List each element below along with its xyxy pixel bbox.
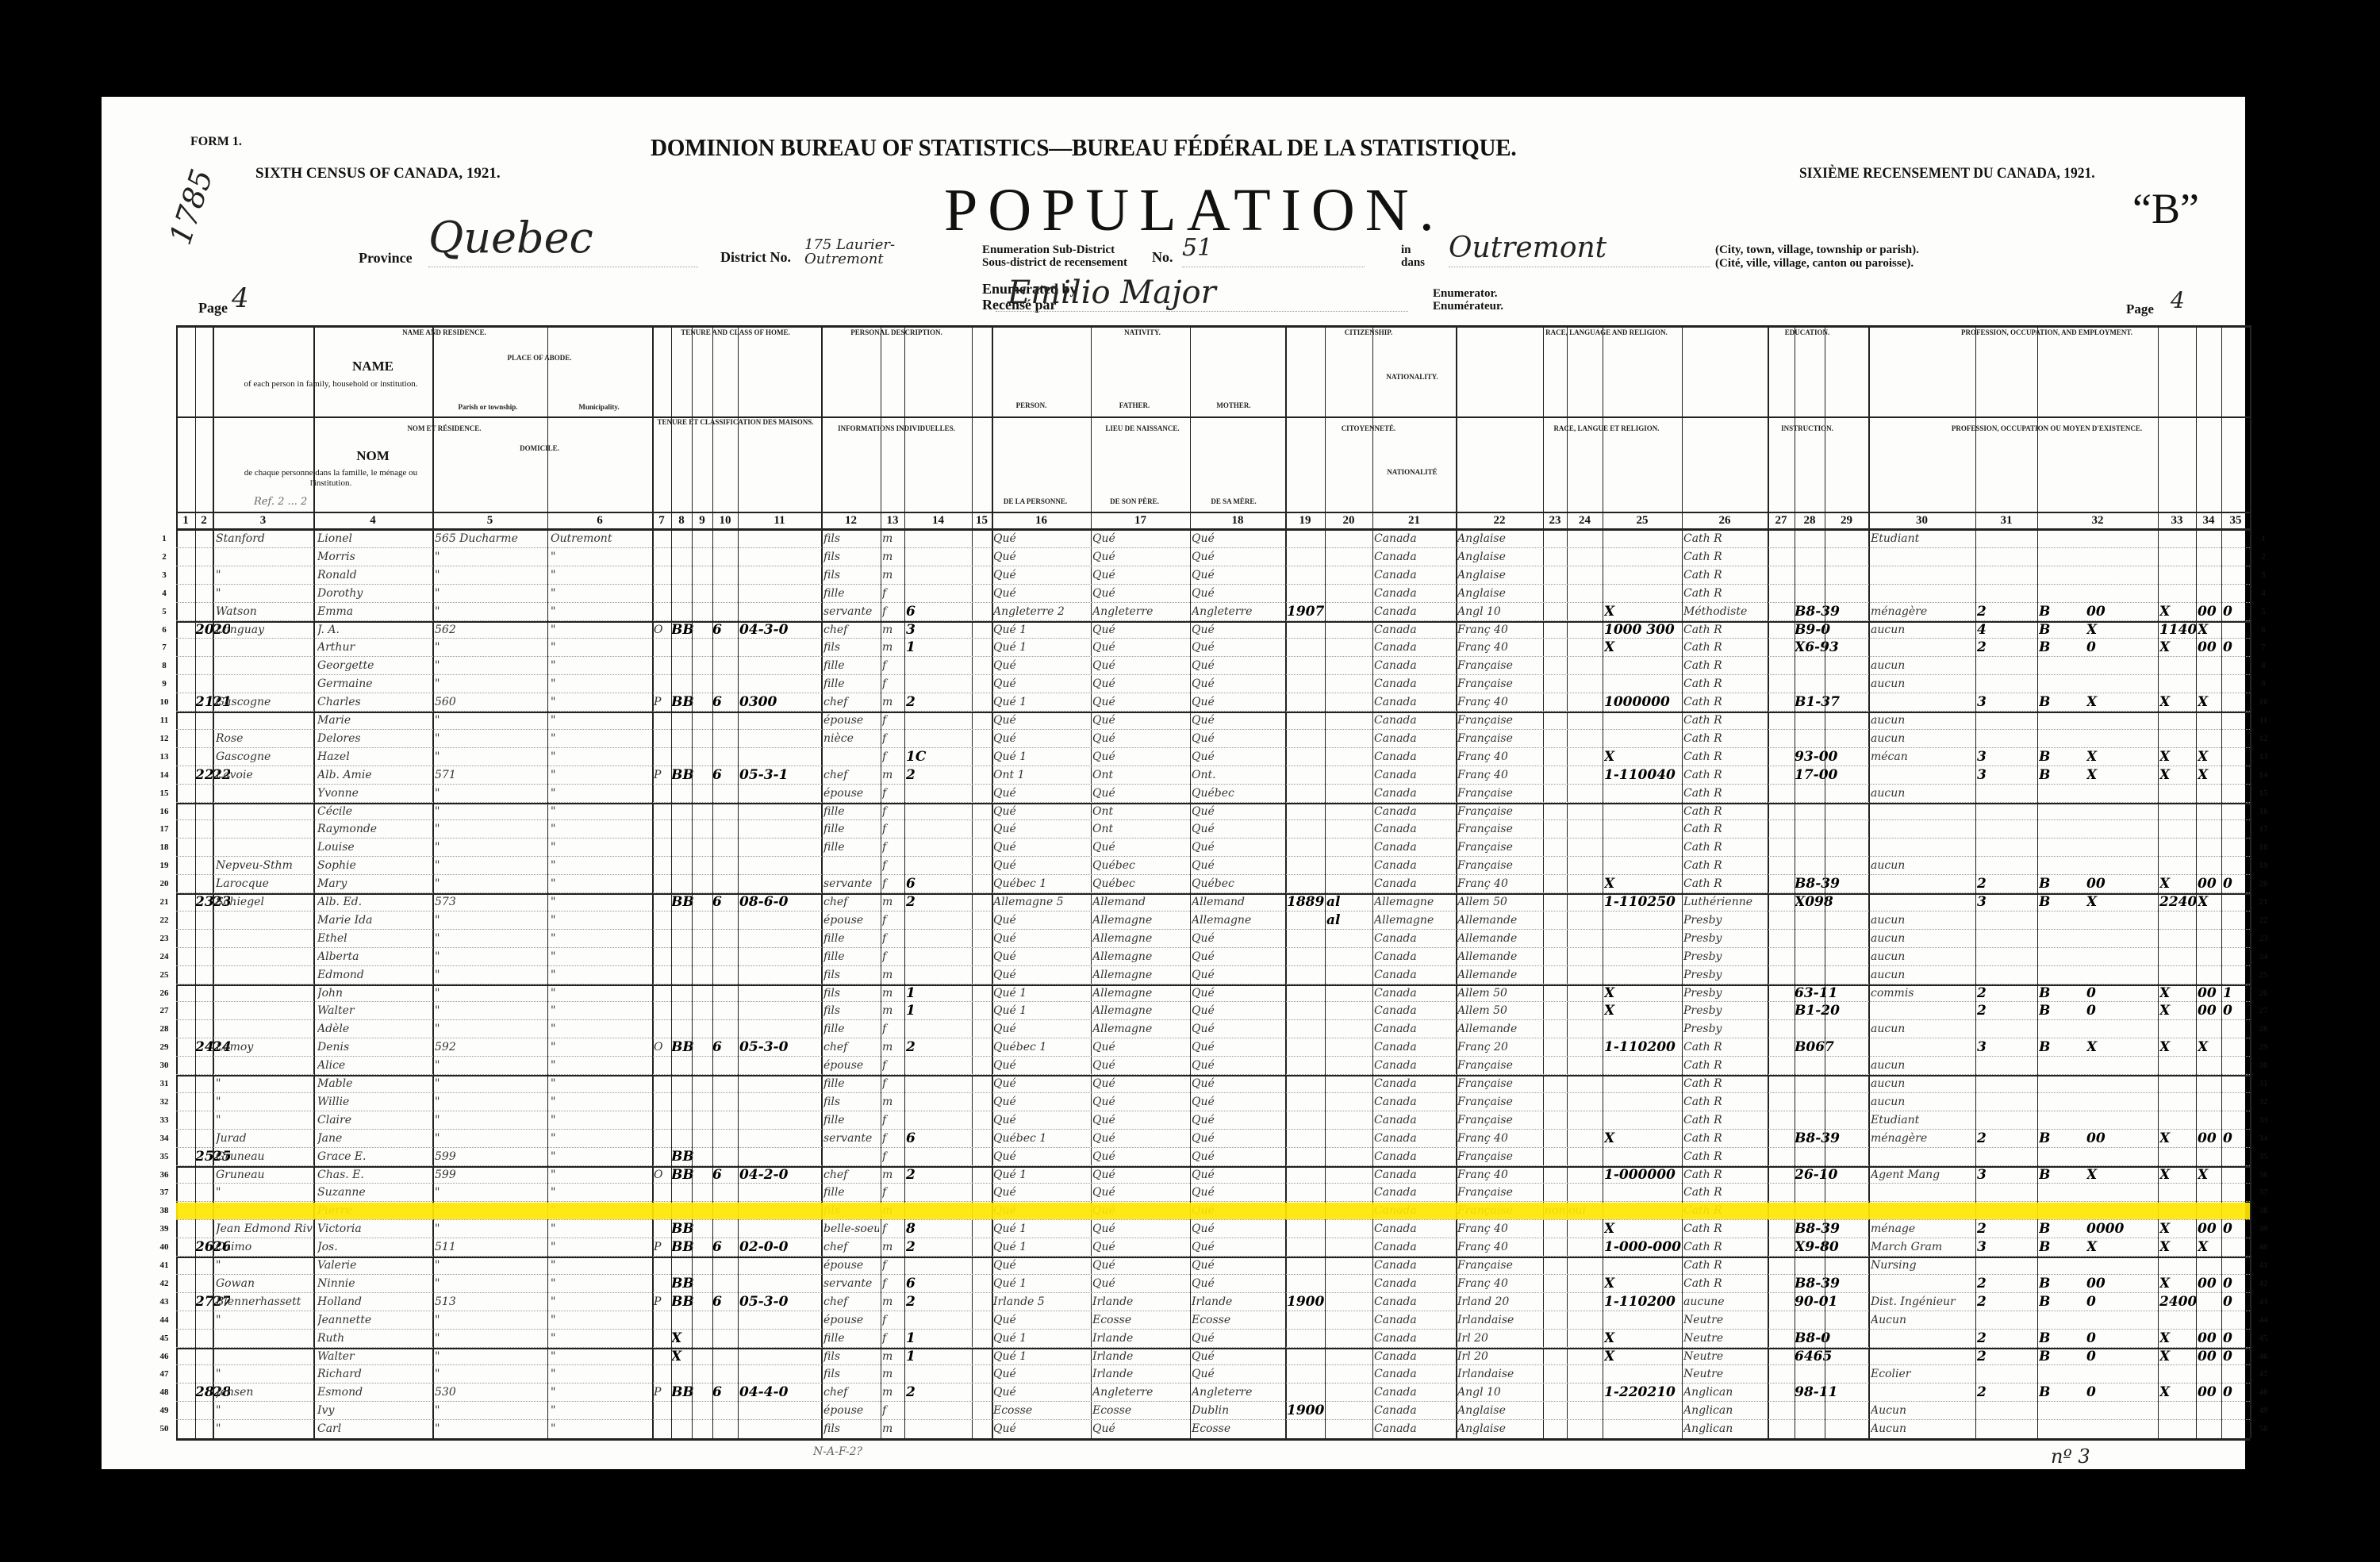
cell-surname: Schiegel <box>216 896 313 908</box>
row-number-right: 16 <box>2255 807 2272 816</box>
row-number-right: 5 <box>2255 607 2272 616</box>
column-number: 28 <box>1795 514 1825 528</box>
cell-where: B <box>2039 622 2086 638</box>
cell-birth: Qué <box>993 1186 1088 1199</box>
cell-dwelling: 25 <box>195 1149 213 1165</box>
cell-emp: 2 <box>1977 1330 2036 1346</box>
cell-origin: Irl 20 <box>1457 1332 1541 1345</box>
column-rule <box>2037 325 2038 1438</box>
column-rule <box>738 325 739 1438</box>
cell-birth: Qué 1 <box>993 987 1088 1000</box>
cell-given: Carl <box>317 1422 428 1435</box>
cell-occupation: aucun <box>1871 787 1974 800</box>
row-number-left: 8 <box>155 661 173 670</box>
cell-c33: X <box>2159 1221 2196 1237</box>
header-name-residence: NAME AND RESIDENCE. <box>313 328 575 336</box>
header-profession: PROFESSION, OCCUPATION, AND EMPLOYMENT. <box>1872 328 2221 336</box>
cell-street: " <box>435 823 546 835</box>
header-mother: MOTHER. <box>1194 401 1273 409</box>
row-guide <box>176 674 2250 675</box>
cell-age: 1 <box>906 639 969 655</box>
row-guide <box>176 729 2250 730</box>
cell-surname: Watson <box>216 605 313 618</box>
in-dans-label: indans <box>1401 244 1425 269</box>
row-number-right: 20 <box>2255 879 2272 888</box>
cell-nationality: Canada <box>1374 787 1453 800</box>
cell-nationality: Canada <box>1374 841 1453 854</box>
cell-dwelling: 21 <box>195 694 213 710</box>
cell-rooms: 6 <box>712 767 738 783</box>
cell-father: Qué <box>1092 624 1188 636</box>
cell-c34: X <box>2198 694 2221 710</box>
cell-origin: Française <box>1457 787 1541 800</box>
cell-rel: chef <box>823 696 879 708</box>
cell-age: 3 <box>906 622 969 638</box>
cell-surname: " <box>216 1314 313 1326</box>
row-number-right: 37 <box>2255 1188 2272 1197</box>
cell-rent: 08-6-0 <box>739 894 819 910</box>
cell-c32: X <box>2086 1039 2158 1055</box>
header-nom-sub: de chaque personne dans la famille, le m… <box>232 468 430 489</box>
cell-literacy: 1-110200 <box>1604 1039 1682 1055</box>
cell-c35: 0 <box>2223 1349 2248 1364</box>
row-guide <box>176 602 2250 603</box>
cell-sex: m <box>882 624 903 636</box>
cell-given: Jane <box>317 1132 428 1145</box>
row-number-left: 14 <box>155 770 173 780</box>
cell-birth: Irlande 5 <box>993 1295 1088 1308</box>
cell-origin: Franç 40 <box>1457 1222 1541 1235</box>
cell-birth: Qué <box>993 1314 1088 1326</box>
cell-c33: 11400 <box>2159 622 2196 638</box>
cell-c33: X <box>2159 694 2196 710</box>
cell-surname: Lavoie <box>216 769 313 781</box>
cell-nationality: Canada <box>1374 624 1453 636</box>
column-number: 1 <box>176 514 195 528</box>
row-number-left: 5 <box>155 607 173 616</box>
cell-origin: Anglaise <box>1457 532 1541 545</box>
cell-religion: Cath R <box>1683 859 1766 872</box>
row-number-left: 15 <box>155 789 173 798</box>
cell-literacy: X <box>1604 1330 1682 1346</box>
cell-father: Québec <box>1092 877 1188 890</box>
cell-rent: 0300 <box>739 694 819 710</box>
cell-emp: 2 <box>1977 1349 2036 1364</box>
cell-literacy: X <box>1604 985 1682 1001</box>
cell-sex: f <box>882 914 903 927</box>
cell-given: Lionel <box>317 532 428 545</box>
cell-mother: Qué <box>1192 1041 1283 1053</box>
header-nationality: NATIONALITY. <box>1372 373 1452 381</box>
cell-nationality: Canada <box>1374 659 1453 672</box>
row-number-right: 9 <box>2255 679 2272 689</box>
column-rule <box>1543 325 1544 1438</box>
row-guide <box>176 911 2250 911</box>
column-rule <box>1091 325 1092 1438</box>
cell-nationality: Canada <box>1374 1350 1453 1363</box>
column-rule <box>692 325 693 1438</box>
cell-father: Qué <box>1092 1059 1188 1072</box>
cell-nationality: Canada <box>1374 569 1453 581</box>
cell-where: B <box>2039 767 2086 783</box>
cell-mother: Qué <box>1192 1059 1283 1072</box>
cell-origin: Franç 40 <box>1457 696 1541 708</box>
row-number-right: 13 <box>2255 752 2272 762</box>
row-guide <box>176 766 2250 766</box>
cell-origin: Anglaise <box>1457 1422 1541 1435</box>
cell-nationality: Canada <box>1374 1114 1453 1126</box>
cell-street: " <box>435 877 546 890</box>
cell-age: 1C <box>906 749 969 765</box>
cell-surname: Jurad <box>216 1132 313 1145</box>
cell-religion: Cath R <box>1683 1169 1766 1181</box>
cell-c32: 0 <box>2086 1384 2158 1400</box>
cell-emp: 3 <box>1977 749 2036 765</box>
cell-father: Angleterre <box>1092 1386 1188 1399</box>
cell-father: Qué <box>1092 569 1188 581</box>
cell-immig: 1900 <box>1287 1294 1325 1310</box>
cell-c33: X <box>2159 1349 2196 1364</box>
header-domicile: DOMICILE. <box>432 444 647 452</box>
column-rule <box>1795 325 1795 1438</box>
cell-mother: Qué <box>1192 1132 1283 1145</box>
cell-rooms: 6 <box>712 1239 738 1255</box>
cell-given: Richard <box>317 1368 428 1380</box>
row-guide <box>176 584 2250 585</box>
cell-nationality: Canada <box>1374 1150 1453 1163</box>
cell-given: Walter <box>317 1004 428 1017</box>
row-number-right: 45 <box>2255 1334 2272 1343</box>
column-number: 25 <box>1603 514 1682 528</box>
cell-given: Marie <box>317 714 428 727</box>
cell-c32: X <box>2086 622 2158 638</box>
bureau-title: DOMINION BUREAU OF STATISTICS—BUREAU FÉD… <box>651 133 1516 162</box>
column-rule <box>213 325 214 1438</box>
cell-birth: Qué <box>993 569 1088 581</box>
row-group-rule <box>176 984 2250 986</box>
cell-natyear: al <box>1326 894 1371 910</box>
row-guide <box>176 929 2250 930</box>
column-number: 6 <box>547 514 652 528</box>
row-guide <box>176 1147 2250 1148</box>
cell-father: Ont <box>1092 823 1188 835</box>
cell-occupation: aucun <box>1871 1077 1974 1090</box>
cell-surname: " <box>216 569 313 581</box>
cell-father: Qué <box>1092 1132 1188 1145</box>
header-name: NAME <box>313 359 432 374</box>
cell-birth: Allemagne 5 <box>993 896 1088 908</box>
row-guide <box>176 711 2250 712</box>
row-number-right: 30 <box>2255 1061 2272 1070</box>
cell-birth: Qué <box>993 805 1088 818</box>
cell-emp: 2 <box>1977 1003 2036 1019</box>
column-number: 17 <box>1091 514 1190 528</box>
cell-where: B <box>2039 1330 2086 1346</box>
row-guide <box>176 693 2250 693</box>
row-number-left: 7 <box>155 643 173 652</box>
cell-birth: Qué 1 <box>993 624 1088 636</box>
cell-origin: Française <box>1457 714 1541 727</box>
row-number-left: 40 <box>155 1242 173 1252</box>
row-guide <box>176 566 2250 566</box>
cell-rel: chef <box>823 1041 879 1053</box>
cell-c34: 00 <box>2198 1003 2221 1019</box>
row-number-right: 41 <box>2255 1261 2272 1270</box>
cell-street: " <box>435 1350 546 1363</box>
cell-rooms: 6 <box>712 894 738 910</box>
cell-sex: m <box>882 1096 903 1108</box>
cell-surname: Gruneau <box>216 1150 313 1163</box>
cell-rooms: 6 <box>712 1384 738 1400</box>
cell-literacy: 1-000000 <box>1604 1167 1682 1183</box>
row-guide <box>176 1111 2250 1111</box>
cell-father: Qué <box>1092 551 1188 563</box>
cell-origin: Franç 40 <box>1457 1277 1541 1290</box>
cell-emp: 3 <box>1977 1167 2036 1183</box>
cell-where: B <box>2039 1349 2086 1364</box>
row-guide <box>176 1329 2250 1330</box>
cell-c33: X <box>2159 604 2196 620</box>
cell-rel: fille <box>823 1114 879 1126</box>
cell-origin: Française <box>1457 1077 1541 1090</box>
census-title-en: SIXTH CENSUS OF CANADA, 1921. <box>255 165 501 182</box>
column-number: 16 <box>992 514 1091 528</box>
cell-c34: 00 <box>2198 1349 2221 1364</box>
cell-given: Germaine <box>317 677 428 690</box>
cell-sex: f <box>882 787 903 800</box>
cell-surname: " <box>216 1404 313 1417</box>
cell-mother: Qué <box>1192 1222 1283 1235</box>
cell-street: " <box>435 859 546 872</box>
cell-father: Qué <box>1092 1186 1188 1199</box>
cell-father: Qué <box>1092 532 1188 545</box>
cell-municipality: " <box>551 1422 651 1435</box>
cell-literacy: 1-220210 <box>1604 1384 1682 1400</box>
column-number: 3 <box>213 514 313 528</box>
cell-sex: f <box>882 1277 903 1290</box>
row-guide <box>176 1347 2250 1348</box>
cell-origin: Allemande <box>1457 969 1541 981</box>
cell-occupation: March Gram <box>1871 1241 1974 1253</box>
cell-surname: " <box>216 1096 313 1108</box>
cell-where: B <box>2039 639 2086 655</box>
row-number-right: 21 <box>2255 897 2272 907</box>
row-number-right: 10 <box>2255 697 2272 707</box>
cell-origin: Franç 40 <box>1457 624 1541 636</box>
cell-occupation: Etudiant <box>1871 532 1974 545</box>
cell-nationality: Canada <box>1374 605 1453 618</box>
cell-own: P <box>654 1295 671 1308</box>
header-tenure-fr: TENURE ET CLASSIFICATION DES MAISONS. <box>652 418 819 426</box>
cell-c35: 0 <box>2223 604 2248 620</box>
header-place-of-abode: PLACE OF ABODE. <box>432 354 647 362</box>
cell-municipality: " <box>551 1222 651 1235</box>
cell-age: 8 <box>906 1221 969 1237</box>
cell-rel: fille <box>823 841 879 854</box>
row-guide <box>176 1274 2250 1275</box>
cell-street: " <box>435 569 546 581</box>
cell-sex: f <box>882 1114 903 1126</box>
row-number-right: 18 <box>2255 842 2272 852</box>
cell-street: " <box>435 677 546 690</box>
row-number-right: 4 <box>2255 589 2272 598</box>
header-father: FATHER. <box>1095 401 1174 409</box>
cell-age: 6 <box>906 876 969 892</box>
cell-birth: Qué <box>993 859 1088 872</box>
cell-nationality: Canada <box>1374 732 1453 745</box>
cell-street: " <box>435 914 546 927</box>
cell-c32: 0 <box>2086 1349 2158 1364</box>
cell-mother: Qué <box>1192 569 1283 581</box>
cell-municipality: " <box>551 1368 651 1380</box>
cell-street: " <box>435 1277 546 1290</box>
row-guide <box>176 547 2250 548</box>
cell-own: P <box>654 1386 671 1399</box>
cell-nationality: Canada <box>1374 987 1453 1000</box>
cell-rel: fils <box>823 1350 879 1363</box>
cell-mother: Allemagne <box>1192 914 1283 927</box>
cell-birth: Qué <box>993 1023 1088 1035</box>
cell-sex: m <box>882 1041 903 1053</box>
cell-rel: fils <box>823 569 879 581</box>
cell-occupation: ménagère <box>1871 605 1974 618</box>
cell-c34: 00 <box>2198 604 2221 620</box>
cell-surname: " <box>216 1368 313 1380</box>
cell-literacy: X <box>1604 1221 1682 1237</box>
cell-dwelling: 27 <box>195 1294 213 1310</box>
cell-dwelling: 22 <box>195 767 213 783</box>
cell-rel: épouse <box>823 787 879 800</box>
cell-municipality: " <box>551 914 651 927</box>
cell-rooms: 6 <box>712 1167 738 1183</box>
cell-father: Allemagne <box>1092 987 1188 1000</box>
row-guide <box>176 1056 2250 1057</box>
column-rule <box>2196 325 2197 1438</box>
cell-rel: épouse <box>823 914 879 927</box>
cell-religion: Cath R <box>1683 1241 1766 1253</box>
cell-nationality: Canada <box>1374 1314 1453 1326</box>
column-rule <box>1285 325 1287 1438</box>
header-informations: INFORMATIONS INDIVIDUELLES. <box>821 424 972 432</box>
cell-father: Qué <box>1092 677 1188 690</box>
header-nom: NOM <box>313 448 432 464</box>
cell-rel: belle-soeur <box>823 1222 879 1235</box>
header-tenure: TENURE AND CLASS OF HOME. <box>652 328 819 336</box>
cell-origin: Française <box>1457 1259 1541 1272</box>
cell-sex: m <box>882 1422 903 1435</box>
cell-religion: Cath R <box>1683 1114 1766 1126</box>
cell-emp: 2 <box>1977 604 2036 620</box>
cell-sex: f <box>882 659 903 672</box>
row-guide <box>176 1092 2250 1093</box>
cell-religion: Cath R <box>1683 696 1766 708</box>
cell-mother: Québec <box>1192 877 1283 890</box>
cell-earn: 90-01 <box>1795 1294 1868 1310</box>
cell-occupation: mécan <box>1871 750 1974 763</box>
header-citoyennete: CITOYENNETÉ. <box>1285 424 1452 432</box>
cell-surname: Stanford <box>216 532 313 545</box>
cell-father: Qué <box>1092 641 1188 654</box>
subdistrict-label: Enumeration Sub-DistrictSous-district de… <box>982 244 1127 269</box>
cell-earn: X9-80 <box>1795 1239 1868 1255</box>
row-number-left: 43 <box>155 1297 173 1307</box>
cell-nationality: Canada <box>1374 1004 1453 1017</box>
row-number-left: 25 <box>155 970 173 980</box>
cell-father: Irlande <box>1092 1368 1188 1380</box>
row-guide <box>176 620 2250 621</box>
cell-origin: Française <box>1457 1096 1541 1108</box>
cell-mother: Qué <box>1192 1350 1283 1363</box>
cell-dwelling: 24 <box>195 1039 213 1055</box>
cell-rel: servante <box>823 605 879 618</box>
cell-given: John <box>317 987 428 1000</box>
cell-rel: fils <box>823 1422 879 1435</box>
cell-immig: 1900 <box>1287 1403 1325 1418</box>
cell-earn: B8-39 <box>1795 1221 1868 1237</box>
cell-municipality: " <box>551 969 651 981</box>
cell-emp: 4 <box>1977 622 2036 638</box>
cell-given: Yvonne <box>317 787 428 800</box>
cell-municipality: " <box>551 641 651 654</box>
row-number-left: 3 <box>155 570 173 580</box>
cell-rent: 04-4-0 <box>739 1384 819 1400</box>
cell-age: 2 <box>906 1167 969 1183</box>
cell-origin: Française <box>1457 732 1541 745</box>
cell-c32: X <box>2086 749 2158 765</box>
cell-origin: Franç 40 <box>1457 1241 1541 1253</box>
cell-c35: 0 <box>2223 876 2248 892</box>
cell-mother: Qué <box>1192 659 1283 672</box>
cell-given: Alb. Amie <box>317 769 428 781</box>
cell-rent: 05-3-0 <box>739 1039 819 1055</box>
cell-municipality: " <box>551 714 651 727</box>
column-rule <box>1325 325 1326 1438</box>
cell-nationality: Canada <box>1374 969 1453 981</box>
row-guide <box>176 838 2250 839</box>
row-number-right: 48 <box>2255 1387 2272 1397</box>
cell-c33: X <box>2159 749 2196 765</box>
row-group-rule <box>176 1166 2250 1168</box>
cell-sex: m <box>882 1386 903 1399</box>
cell-sex: f <box>882 750 903 763</box>
cell-birth: Qué <box>993 587 1088 600</box>
row-guide <box>176 1219 2250 1220</box>
cell-father: Qué <box>1092 841 1188 854</box>
cell-street: 571 <box>435 769 546 781</box>
cell-nationality: Canada <box>1374 714 1453 727</box>
cell-sex: f <box>882 1150 903 1163</box>
row-number-right: 33 <box>2255 1115 2272 1125</box>
cell-origin: Franç 40 <box>1457 641 1541 654</box>
cell-municipality: " <box>551 1169 651 1181</box>
cell-religion: Cath R <box>1683 787 1766 800</box>
column-number: 9 <box>692 514 712 528</box>
cell-given: Ninnie <box>317 1277 428 1290</box>
column-rule <box>1825 325 1825 1438</box>
cell-religion: Cath R <box>1683 714 1766 727</box>
row-number-left: 36 <box>155 1170 173 1180</box>
cell-birth: Qué <box>993 1422 1088 1435</box>
cell-father: Qué <box>1092 587 1188 600</box>
cell-birth: Qué <box>993 823 1088 835</box>
cell-given: J. A. <box>317 624 428 636</box>
cell-surname: " <box>216 1259 313 1272</box>
cell-origin: Anglaise <box>1457 1404 1541 1417</box>
cell-rent: 05-3-1 <box>739 767 819 783</box>
cell-municipality: " <box>551 1004 651 1017</box>
row-number-right: 36 <box>2255 1170 2272 1180</box>
cell-c32: 0000 <box>2086 1221 2158 1237</box>
